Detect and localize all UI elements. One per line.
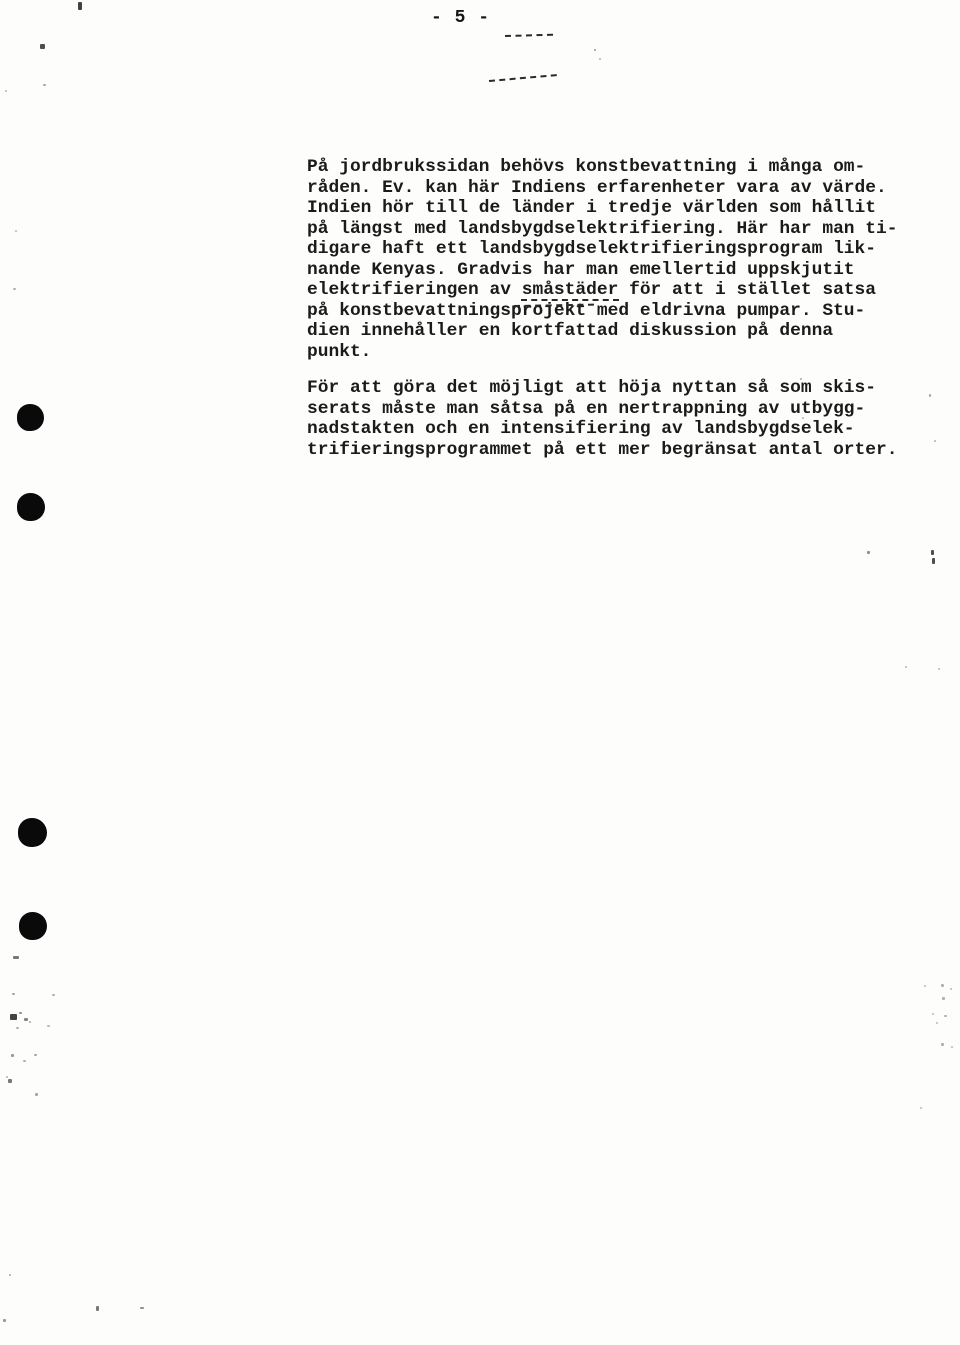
scan-speck [867, 551, 870, 554]
scan-speck [12, 993, 15, 995]
scan-speck [15, 230, 17, 232]
scan-speck [932, 558, 935, 564]
scan-speck [6, 1076, 8, 1078]
scanned-document-page: - 5 - På jordbrukssidan behövs konstbeva… [0, 0, 960, 1345]
punch-hole-dot [17, 404, 44, 431]
scan-speck [47, 1025, 50, 1027]
scan-speck [944, 1015, 947, 1017]
scan-speck [13, 956, 19, 959]
dashed-mark [489, 74, 557, 82]
scan-speck [24, 1018, 28, 1021]
scan-speck [9, 1274, 11, 1276]
scan-speck [5, 90, 7, 92]
scan-speck [43, 84, 46, 86]
scan-speck [52, 994, 55, 996]
document-body: På jordbrukssidan behövs konstbevattning… [307, 157, 897, 460]
page-number: - 5 - [431, 8, 490, 28]
scan-speck [802, 417, 804, 419]
scan-speck [934, 440, 936, 442]
scan-speck [599, 58, 601, 60]
scan-speck [951, 1046, 953, 1048]
scan-speck [942, 997, 945, 1000]
scan-speck [594, 49, 596, 51]
scan-speck [941, 1043, 944, 1046]
scan-speck [96, 1306, 99, 1311]
scan-speck [140, 1307, 144, 1309]
scan-speck [932, 1013, 934, 1015]
scan-speck [23, 1060, 26, 1062]
scan-speck [950, 988, 952, 990]
scan-speck [929, 394, 931, 397]
scan-speck [10, 1014, 17, 1020]
scan-speck [8, 1079, 12, 1083]
scan-speck [3, 1319, 6, 1322]
scan-speck [800, 378, 802, 380]
scan-speck [941, 984, 944, 987]
punch-hole-dot [19, 912, 47, 940]
scan-speck [40, 44, 45, 49]
scan-speck [11, 1054, 14, 1057]
scan-speck [936, 1022, 938, 1024]
punch-hole-dot [18, 818, 47, 847]
scan-speck [905, 666, 907, 668]
scan-speck [35, 1093, 38, 1096]
scan-speck [13, 288, 16, 290]
paragraph-electrification-program: För att göra det möjligt att höja nyttan… [307, 378, 897, 460]
scan-speck [920, 1107, 922, 1109]
dashed-mark [521, 299, 619, 301]
scan-speck [16, 1027, 19, 1029]
scan-speck [931, 550, 934, 555]
scan-speck [34, 1054, 37, 1056]
scan-speck [938, 668, 940, 670]
punch-hole-dot [17, 493, 45, 521]
scan-speck [78, 2, 82, 10]
paragraph-irrigation-india-kenya: På jordbrukssidan behövs konstbevattning… [307, 157, 897, 362]
scan-speck [29, 1021, 31, 1023]
dashed-mark [505, 34, 553, 37]
scan-speck [19, 1012, 22, 1014]
scan-speck [924, 985, 926, 987]
